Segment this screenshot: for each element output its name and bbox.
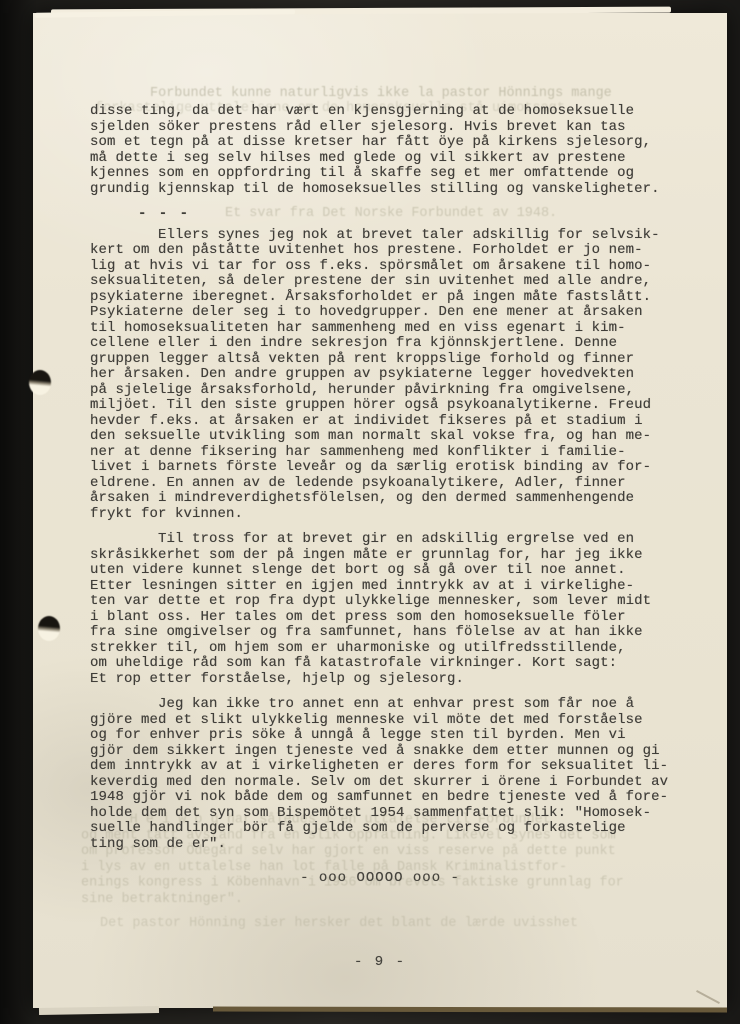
paragraph: Jeg kan ikke tro annet enn at enhvar pre…: [90, 697, 690, 852]
underlying-sheet-corner: [39, 1006, 159, 1015]
bleedthrough-text: Det pastor Hönning sier hersker det blan…: [100, 916, 578, 932]
paragraph: disse ting, da det har vært en kjensgjer…: [90, 104, 690, 197]
bleedthrough-text: Forbundet kunne naturligvis ikke la past…: [150, 86, 612, 102]
document-page: Forbundet kunne naturligvis ikke la past…: [33, 13, 727, 1008]
ornamental-divider: - ooo OOOOO ooo -: [33, 870, 727, 886]
section-separator: - - -: [90, 207, 690, 223]
punch-hole: [38, 616, 60, 641]
punch-hole: [29, 370, 51, 395]
paragraph: Ellers synes jeg nok at brevet taler ads…: [90, 228, 690, 523]
typewritten-body: disse ting, da det har vært en kjensgjer…: [90, 104, 690, 862]
paper-crease: [696, 990, 720, 1004]
paragraph: Til tross for at brevet gir en adskillig…: [90, 532, 690, 687]
scanned-document-stage: Forbundet kunne naturligvis ikke la past…: [0, 0, 740, 1024]
page-number: - 9 -: [33, 954, 727, 970]
underlying-sheet-edge: [213, 1007, 727, 1013]
